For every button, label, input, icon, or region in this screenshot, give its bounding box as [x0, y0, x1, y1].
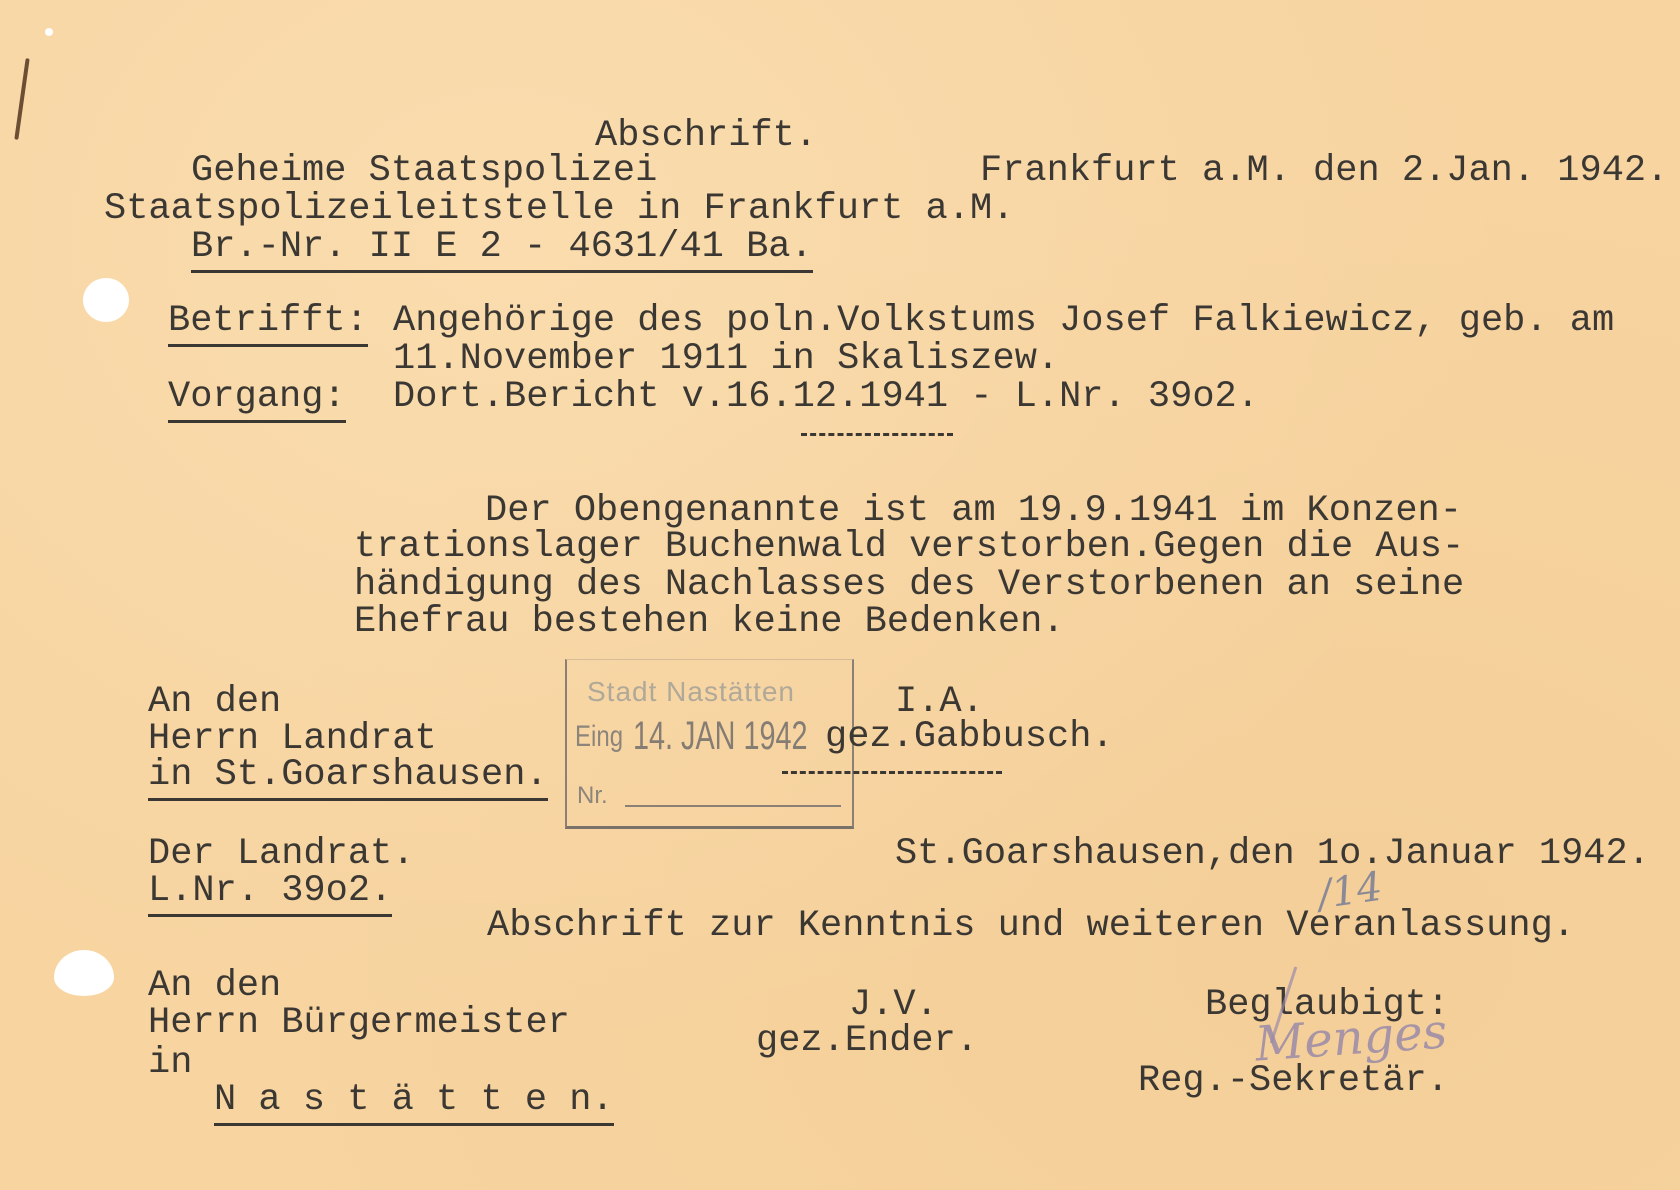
stamp-nr-line	[625, 805, 841, 807]
forwarding-place-date: St.Goarshausen,den 1o.Januar 1942.	[895, 836, 1650, 873]
subject-label: Betrifft:	[168, 303, 368, 347]
punch-hole-bottom	[54, 950, 114, 996]
body-line-1: Der Obengenannte ist am 19.9.1941 im Kon…	[485, 493, 1462, 530]
recipient2-line-1: An den	[148, 968, 281, 1005]
receipt-stamp: Stadt Nastätten Eing 14. JAN 1942 Nr.	[565, 659, 854, 829]
recipient1-line-3: in St.Goarshausen.	[148, 757, 548, 801]
stamp-nr-label: Nr.	[577, 784, 608, 808]
separator-dashes	[801, 433, 953, 436]
forwarding-note: Abschrift zur Kenntnis und weiteren Vera…	[487, 908, 1575, 945]
signature2-name: gez.Ender.	[756, 1023, 978, 1060]
forwarding-reference: L.Nr. 39o2.	[148, 873, 392, 917]
recipient1-line-1: An den	[148, 684, 281, 721]
signature2-jv: J.V.	[849, 987, 938, 1024]
body-line-2: trationslager Buchenwald verstorben.Gege…	[354, 529, 1464, 566]
signature1-name: gez.Gabbusch.	[825, 719, 1114, 756]
stamp-eing-label: Eing	[575, 722, 623, 752]
forwarding-office: Der Landrat.	[148, 836, 414, 873]
recipient2-line-3: in	[148, 1045, 192, 1082]
punch-hole-top	[83, 278, 129, 322]
recipient1-line-2: Herrn Landrat	[148, 721, 437, 758]
subject-line-1: Angehörige des poln.Volkstums Josef Falk…	[393, 303, 1614, 340]
body-line-4: Ehefrau bestehen keine Bedenken.	[354, 604, 1065, 641]
recipient2-line-2: Herrn Bürgermeister	[148, 1005, 570, 1042]
sender-line-1: Geheime Staatspolizei	[191, 153, 657, 190]
body-line-3: händigung des Nachlasses des Verstorbene…	[354, 567, 1464, 604]
pin-hole	[45, 28, 53, 36]
sender-line-2: Staatspolizeileitstelle in Frankfurt a.M…	[104, 191, 1014, 228]
stamp-town: Stadt Nastätten	[587, 678, 795, 706]
matter-text: Dort.Bericht v.16.12.1941 - L.Nr. 39o2.	[393, 379, 1259, 416]
stamp-date: 14. JAN 1942	[633, 716, 808, 756]
certification-title: Reg.-Sekretär.	[1138, 1063, 1449, 1100]
recipient2-line-4: N a s t ä t t e n.	[214, 1082, 614, 1126]
place-date: Frankfurt a.M. den 2.Jan. 1942.	[980, 153, 1668, 190]
signature1-dashes	[782, 771, 1002, 774]
reference-number: Br.-Nr. II E 2 - 4631/41 Ba.	[191, 229, 813, 273]
subject-line-2: 11.November 1911 in Skaliszew.	[393, 341, 1059, 378]
matter-label: Vorgang:	[168, 379, 346, 423]
